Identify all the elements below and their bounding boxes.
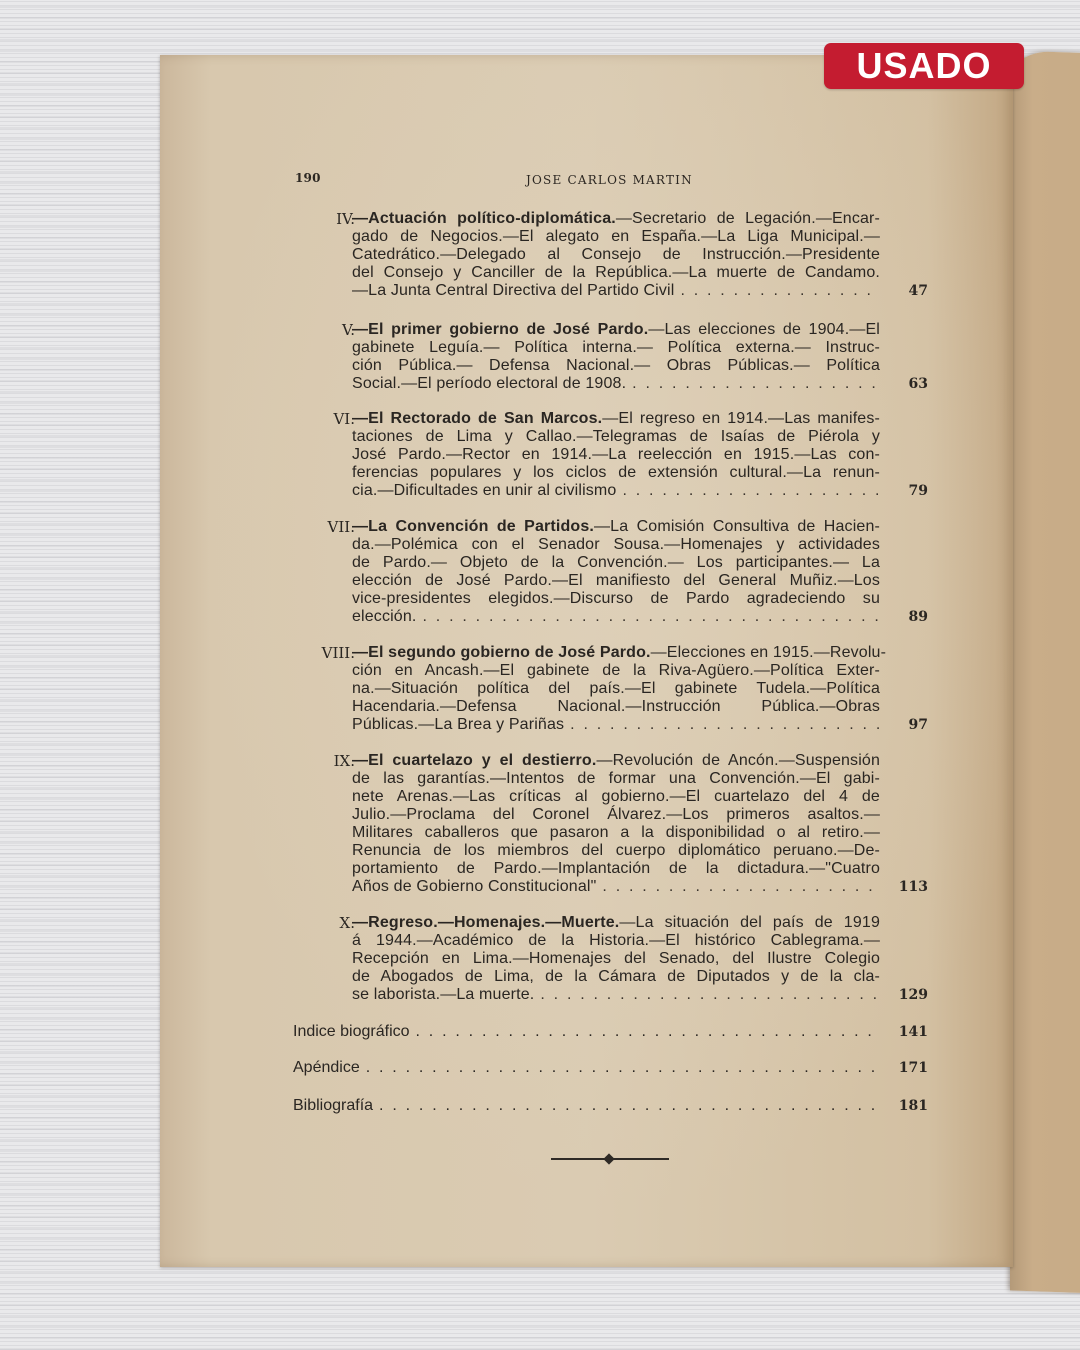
toc-page-number: 113 (898, 878, 928, 896)
dot-leader: . . . . . . . . . . . . . . . . . . . . … (680, 282, 880, 300)
diamond-icon (603, 1153, 614, 1164)
used-condition-badge: USADO (824, 43, 1024, 89)
toc-line: na.—Situación política del país.—El gabi… (352, 680, 880, 698)
chapter-title: —Actuación político-diplomática. (352, 210, 616, 227)
toc-line: ción Pública.— Defensa Nacional.— Obras … (352, 357, 880, 375)
toc-line: á 1944.—Académico de la Historia.—El his… (352, 932, 880, 950)
toc-line: gado de Negocios.—El alegato en España.—… (352, 228, 880, 246)
toc-page-number: 79 (898, 482, 928, 500)
toc-page-number: 171 (898, 1059, 928, 1077)
toc-line: de las garantías.—Intentos de formar una… (352, 770, 880, 788)
dot-leader: . . . . . . . . . . . . . . . . . . . . … (540, 986, 880, 1004)
toc-line: —El regreso en 1914.—Las manifes- (602, 410, 880, 427)
dot-leader: . . . . . . . . . . . . . . . . . . . . … (423, 608, 881, 626)
toc-line: Social.—El período electoral de 1908. (352, 375, 626, 393)
toc-line: se laborista.—La muerte. (352, 986, 534, 1004)
toc-line: nete Arenas.—Las críticas al gobierno.—E… (352, 788, 880, 806)
toc-page-number: 89 (898, 608, 928, 626)
back-matter-label: Bibliografía (293, 1097, 373, 1115)
toc-line: Recepción en Lima.—Homenajes del Senado,… (352, 950, 880, 968)
dot-leader: . . . . . . . . . . . . . . . . . . . . … (622, 482, 880, 500)
toc-line: taciones de Lima y Callao.—Telegramas de… (352, 428, 880, 446)
chapter-title: —El primer gobierno de José Pardo. (352, 321, 648, 338)
author-header: JOSE CARLOS MARTIN (526, 173, 693, 187)
toc-page-number: 141 (898, 1023, 928, 1041)
toc-line: ción en Ancash.—El gabinete de la Riva-A… (352, 662, 880, 680)
toc-line: —La Comisión Consultiva de Hacien- (594, 518, 880, 535)
dot-leader: . . . . . . . . . . . . . . . . . . . . … (366, 1059, 881, 1077)
toc-line: Años de Gobierno Constitucional" (352, 878, 596, 896)
toc-page-number: 97 (898, 716, 928, 734)
dot-leader: . . . . . . . . . . . . . . . . . . . . … (602, 878, 880, 896)
back-matter-label: Indice biográfico (293, 1023, 410, 1041)
toc-line: Públicas.—La Brea y Pariñas (352, 716, 564, 734)
chapter-numeral: V. (295, 321, 355, 339)
toc-page-number: 129 (898, 986, 928, 1004)
chapter-numeral: VII. (295, 518, 355, 536)
page-number: 190 (295, 171, 321, 185)
chapter-numeral: VIII. (295, 644, 355, 662)
toc-line: Militares caballeros que pasaron a la di… (352, 824, 880, 842)
dot-leader: . . . . . . . . . . . . . . . . . . . . … (416, 1023, 881, 1041)
chapter-numeral: X. (295, 914, 355, 932)
toc-line: elección. (352, 608, 417, 626)
toc-line: —Secretario de Legación.—Encar- (616, 210, 880, 227)
toc-line: —La situación del país de 1919 (619, 914, 880, 931)
back-matter-label: Apéndice (293, 1059, 360, 1077)
toc-page-number: 63 (898, 375, 928, 393)
chapter-title: —El segundo gobierno de José Pardo. (352, 644, 651, 661)
chapter-numeral: VI. (295, 410, 355, 428)
toc-line: gabinete Leguía.— Política interna.— Pol… (352, 339, 880, 357)
chapter-title: —Regreso.—Homenajes.—Muerte. (352, 914, 619, 931)
toc-line: de Pardo.— Objeto de la Convención.— Los… (352, 554, 880, 572)
toc-line: portamiento de Pardo.—Implantación de la… (352, 860, 880, 878)
running-head: 190 JOSE CARLOS MARTIN (160, 171, 1013, 191)
toc-line: cia.—Dificultades en unir al civilismo (352, 482, 616, 500)
chapter-title: —El cuartelazo y el destierro. (352, 752, 596, 769)
dot-leader: . . . . . . . . . . . . . . . . . . . . … (570, 716, 880, 734)
toc-line: —Revolución de Ancón.—Suspensión (596, 752, 880, 769)
facing-page-edge (1010, 50, 1080, 1293)
toc-line: da.—Polémica con el Senador Sousa.—Homen… (352, 536, 880, 554)
chapter-title: —La Convención de Partidos. (352, 518, 594, 535)
toc-line: vice-presidentes elegidos.—Discurso de P… (352, 590, 880, 608)
toc-line: Renuncia de los miembros del cuerpo dipl… (352, 842, 880, 860)
toc-line: —La Junta Central Directiva del Partido … (352, 282, 674, 300)
book-page: 190 JOSE CARLOS MARTIN IV. —Actuación po… (160, 55, 1013, 1267)
chapter-title: —El Rectorado de San Marcos. (352, 410, 602, 427)
dot-leader: . . . . . . . . . . . . . . . . . . . . … (632, 375, 880, 393)
toc-line: —Las elecciones de 1904.—El (648, 321, 880, 338)
toc-line: elección de José Pardo.—El manifiesto de… (352, 572, 880, 590)
toc-line: del Consejo y Canciller de la República.… (352, 264, 880, 282)
toc-line: ferencias populares y los ciclos de exte… (352, 464, 880, 482)
chapter-numeral: IV. (295, 210, 355, 228)
toc-page-number: 181 (898, 1097, 928, 1115)
toc-line: Catedrático.—Delegado al Consejo de Inst… (352, 246, 880, 264)
toc-line: de Abogados de Lima, de la Cámara de Dip… (352, 968, 880, 986)
toc-page-number: 47 (898, 282, 928, 300)
toc-line: Hacendaria.—Defensa Nacional.—Instrucció… (352, 698, 880, 716)
toc-line: José Pardo.—Rector en 1914.—La reelecció… (352, 446, 880, 464)
diamond-rule-ornament (551, 1154, 669, 1164)
toc-line: Julio.—Proclama del Coronel Álvarez.—Los… (352, 806, 880, 824)
dot-leader: . . . . . . . . . . . . . . . . . . . . … (379, 1097, 881, 1115)
toc-line: —Elecciones en 1915.—Revolu- (651, 644, 886, 661)
chapter-numeral: IX. (295, 752, 355, 770)
